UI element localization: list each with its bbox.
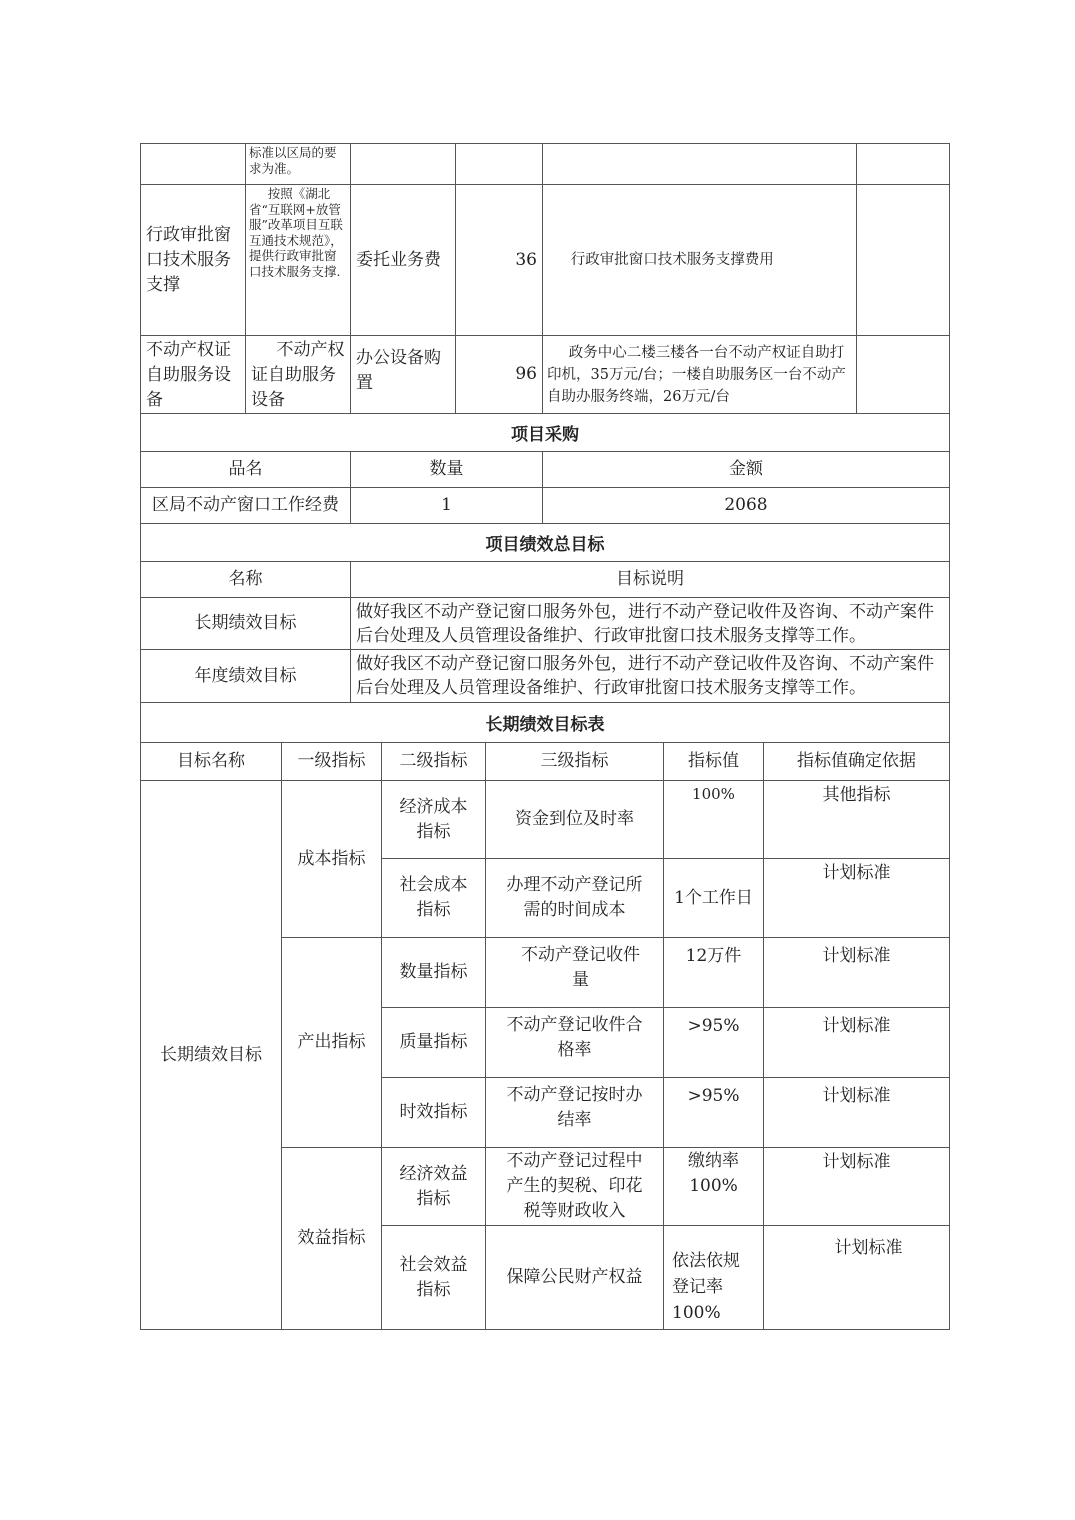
lt-row-value: >95% bbox=[663, 1077, 764, 1148]
cell-text: 不动产登记收件量 bbox=[514, 943, 647, 993]
cell-text: 产出指标 bbox=[298, 1030, 366, 1055]
cell-text: 1 bbox=[441, 493, 452, 518]
cell-text: 计划标准 bbox=[835, 1236, 903, 1261]
cell-text: 100% bbox=[692, 783, 735, 805]
lt-row-basis: 计划标准 bbox=[763, 1007, 950, 1078]
cell-text: 不动产权证自助服务设备 bbox=[251, 338, 345, 413]
long-term-table-title: 长期绩效目标表 bbox=[140, 702, 950, 743]
lt-row-value: 依法依规登记率100% bbox=[663, 1225, 764, 1330]
column-header: 三级指标 bbox=[541, 749, 609, 774]
cell-text: 计划标准 bbox=[823, 944, 891, 969]
budget-row-2-amount: 96 bbox=[455, 335, 543, 414]
lt-row-value: >95% bbox=[663, 1007, 764, 1078]
cell-text: 不动产登记收件合格率 bbox=[502, 1013, 647, 1063]
budget-row-1-note bbox=[856, 184, 950, 336]
cell-text: 数量指标 bbox=[400, 960, 468, 985]
lt-row-value: 12万件 bbox=[663, 937, 764, 1008]
budget-row-2-basis: 政务中心二楼三楼各一台不动产权证自助打印机，35万元/台；一楼自助服务区一台不动… bbox=[542, 335, 857, 414]
lt-row-level3: 办理不动产登记所需的时间成本 bbox=[485, 858, 664, 938]
cell-text: 办公设备购置 bbox=[356, 346, 450, 396]
overall-goal-annual-name: 年度绩效目标 bbox=[140, 649, 351, 703]
lt-row-level3: 保障公民财产权益 bbox=[485, 1225, 664, 1330]
lt-level1-output: 产出指标 bbox=[281, 937, 382, 1148]
lt-header-level2: 二级指标 bbox=[381, 742, 486, 781]
budget-row-2-note bbox=[856, 335, 950, 414]
overall-goal-long-desc: 做好我区不动产登记窗口服务外包，进行不动产登记收件及咨询、不动产案件后台处理及人… bbox=[350, 597, 950, 650]
lt-header-level1: 一级指标 bbox=[281, 742, 382, 781]
column-header: 品名 bbox=[229, 457, 263, 482]
cell-text: 96 bbox=[515, 362, 537, 387]
cell-text: 缴纳率100% bbox=[682, 1149, 745, 1199]
cell-text: 质量指标 bbox=[400, 1030, 468, 1055]
cell-text: 做好我区不动产登记窗口服务外包，进行不动产登记收件及咨询、不动产案件后台处理及人… bbox=[356, 652, 944, 700]
cell-text: 计划标准 bbox=[823, 1084, 891, 1109]
cell-text: >95% bbox=[687, 1014, 739, 1039]
cell-text: 行政审批窗口技术服务支撑费用 bbox=[549, 249, 774, 271]
cell-text: 经济效益指标 bbox=[396, 1162, 471, 1212]
cell-text: 行政审批窗口技术服务支撑 bbox=[146, 223, 240, 298]
lt-header-goal-name: 目标名称 bbox=[140, 742, 282, 781]
lt-row-level2: 数量指标 bbox=[381, 937, 486, 1008]
budget-row-0-basis bbox=[542, 143, 857, 185]
cell-text: 年度绩效目标 bbox=[195, 664, 297, 689]
budget-row-1-content: 按照《湖北省“互联网+放管服”改革项目互联互通技术规范》，提供行政审批窗口技术服… bbox=[245, 184, 351, 336]
cell-text: 政务中心二楼三楼各一台不动产权证自助打印机，35万元/台；一楼自助服务区一台不动… bbox=[547, 342, 853, 408]
budget-row-0-project bbox=[140, 143, 246, 185]
lt-row-basis: 计划标准 bbox=[763, 1147, 950, 1226]
procurement-row-amount: 2068 bbox=[542, 487, 950, 524]
cell-text: 依法依规登记率100% bbox=[672, 1248, 751, 1326]
section-title: 项目绩效总目标 bbox=[486, 530, 605, 555]
cell-text: 社会效益指标 bbox=[396, 1253, 471, 1303]
lt-row-level2: 社会效益指标 bbox=[381, 1225, 486, 1330]
cell-text: 标准以区局的要求为准。 bbox=[249, 145, 347, 176]
column-header: 金额 bbox=[729, 457, 763, 482]
procurement-row-qty: 1 bbox=[350, 487, 543, 524]
cell-text: 效益指标 bbox=[298, 1226, 366, 1251]
column-header: 名称 bbox=[229, 567, 263, 592]
cell-text: 时效指标 bbox=[400, 1100, 468, 1125]
lt-row-level3: 资金到位及时率 bbox=[485, 780, 664, 859]
budget-row-1-basis: 行政审批窗口技术服务支撑费用 bbox=[542, 184, 857, 336]
lt-row-basis: 计划标准 bbox=[763, 937, 950, 1008]
lt-row-level3: 不动产登记收件合格率 bbox=[485, 1007, 664, 1078]
cell-text: 其他指标 bbox=[823, 783, 891, 808]
cell-text: 2068 bbox=[724, 493, 767, 518]
cell-text: 12万件 bbox=[686, 944, 742, 969]
budget-row-2-content: 不动产权证自助服务设备 bbox=[245, 335, 351, 414]
cell-text: 委托业务费 bbox=[356, 248, 441, 273]
cell-text: 长期绩效目标 bbox=[195, 611, 297, 636]
overall-goal-annual-desc: 做好我区不动产登记窗口服务外包，进行不动产登记收件及咨询、不动产案件后台处理及人… bbox=[350, 649, 950, 703]
lt-row-basis: 计划标准 bbox=[763, 1077, 950, 1148]
lt-row-level3: 不动产登记过程中产生的契税、印花税等财政收入 bbox=[485, 1147, 664, 1226]
budget-row-0-note bbox=[856, 143, 950, 185]
budget-row-0-amount bbox=[455, 143, 543, 185]
column-header: 指标值确定依据 bbox=[797, 749, 916, 774]
budget-row-1-project: 行政审批窗口技术服务支撑 bbox=[140, 184, 246, 336]
section-title: 项目采购 bbox=[511, 420, 579, 445]
overall-goals-title: 项目绩效总目标 bbox=[140, 523, 950, 562]
lt-row-value: 1个工作日 bbox=[663, 858, 764, 938]
cell-text: 1个工作日 bbox=[674, 886, 753, 911]
cell-text: 不动产权证自助服务设备 bbox=[146, 338, 240, 413]
lt-row-level2: 经济成本指标 bbox=[381, 780, 486, 859]
cell-text: 按照《湖北省“互联网+放管服”改革项目互联互通技术规范》，提供行政审批窗口技术服… bbox=[249, 186, 347, 279]
cell-text: 计划标准 bbox=[823, 861, 891, 886]
lt-row-level2: 社会成本指标 bbox=[381, 858, 486, 938]
column-header: 指标值 bbox=[688, 749, 739, 774]
lt-row-level3: 不动产登记按时办结率 bbox=[485, 1077, 664, 1148]
overall-goals-header-desc: 目标说明 bbox=[350, 561, 950, 598]
lt-level1-benefit: 效益指标 bbox=[281, 1147, 382, 1330]
cell-text: 不动产登记过程中产生的契税、印花税等财政收入 bbox=[502, 1149, 647, 1224]
lt-row-level3: 不动产登记收件量 bbox=[485, 937, 664, 1008]
overall-goals-header-name: 名称 bbox=[140, 561, 351, 598]
budget-row-2-expense-type: 办公设备购置 bbox=[350, 335, 456, 414]
procurement-title: 项目采购 bbox=[140, 413, 950, 452]
column-header: 二级指标 bbox=[400, 749, 468, 774]
lt-header-value: 指标值 bbox=[663, 742, 764, 781]
cell-text: 36 bbox=[515, 248, 537, 273]
lt-row-value: 缴纳率100% bbox=[663, 1147, 764, 1226]
budget-row-1-expense-type: 委托业务费 bbox=[350, 184, 456, 336]
cell-text: 办理不动产登记所需的时间成本 bbox=[502, 873, 647, 923]
budget-row-2-project: 不动产权证自助服务设备 bbox=[140, 335, 246, 414]
column-header: 目标说明 bbox=[616, 567, 684, 592]
column-header: 目标名称 bbox=[177, 749, 245, 774]
lt-header-basis: 指标值确定依据 bbox=[763, 742, 950, 781]
cell-text: >95% bbox=[687, 1084, 739, 1109]
lt-row-basis: 其他指标 bbox=[763, 780, 950, 859]
budget-row-0-content: 标准以区局的要求为准。 bbox=[245, 143, 351, 185]
overall-goal-long-name: 长期绩效目标 bbox=[140, 597, 351, 650]
lt-row-basis: 计划标准 bbox=[763, 1225, 950, 1330]
cell-text: 成本指标 bbox=[298, 847, 366, 872]
column-header: 一级指标 bbox=[298, 749, 366, 774]
procurement-header-name: 品名 bbox=[140, 451, 351, 488]
budget-row-0-expense-type bbox=[350, 143, 456, 185]
cell-text: 做好我区不动产登记窗口服务外包，进行不动产登记收件及咨询、不动产案件后台处理及人… bbox=[356, 600, 944, 648]
cell-text: 经济成本指标 bbox=[396, 795, 471, 845]
cell-text: 长期绩效目标 bbox=[160, 1043, 262, 1068]
procurement-header-qty: 数量 bbox=[350, 451, 543, 488]
lt-row-value: 100% bbox=[663, 780, 764, 859]
cell-text: 区局不动产窗口工作经费 bbox=[152, 493, 339, 518]
cell-text: 资金到位及时率 bbox=[515, 807, 634, 832]
lt-row-level2: 时效指标 bbox=[381, 1077, 486, 1148]
cell-text: 计划标准 bbox=[823, 1150, 891, 1175]
cell-text: 保障公民财产权益 bbox=[507, 1265, 643, 1290]
section-title: 长期绩效目标表 bbox=[486, 710, 605, 735]
lt-goal-name: 长期绩效目标 bbox=[140, 780, 282, 1330]
cell-text: 计划标准 bbox=[823, 1014, 891, 1039]
procurement-header-amount: 金额 bbox=[542, 451, 950, 488]
lt-row-level2: 经济效益指标 bbox=[381, 1147, 486, 1226]
column-header: 数量 bbox=[430, 457, 464, 482]
cell-text: 社会成本指标 bbox=[396, 873, 471, 923]
lt-level1-cost: 成本指标 bbox=[281, 780, 382, 938]
cell-text: 不动产登记按时办结率 bbox=[502, 1083, 647, 1133]
lt-row-level2: 质量指标 bbox=[381, 1007, 486, 1078]
lt-header-level3: 三级指标 bbox=[485, 742, 664, 781]
procurement-row-name: 区局不动产窗口工作经费 bbox=[140, 487, 351, 524]
lt-row-basis: 计划标准 bbox=[763, 858, 950, 938]
budget-row-1-amount: 36 bbox=[455, 184, 543, 336]
